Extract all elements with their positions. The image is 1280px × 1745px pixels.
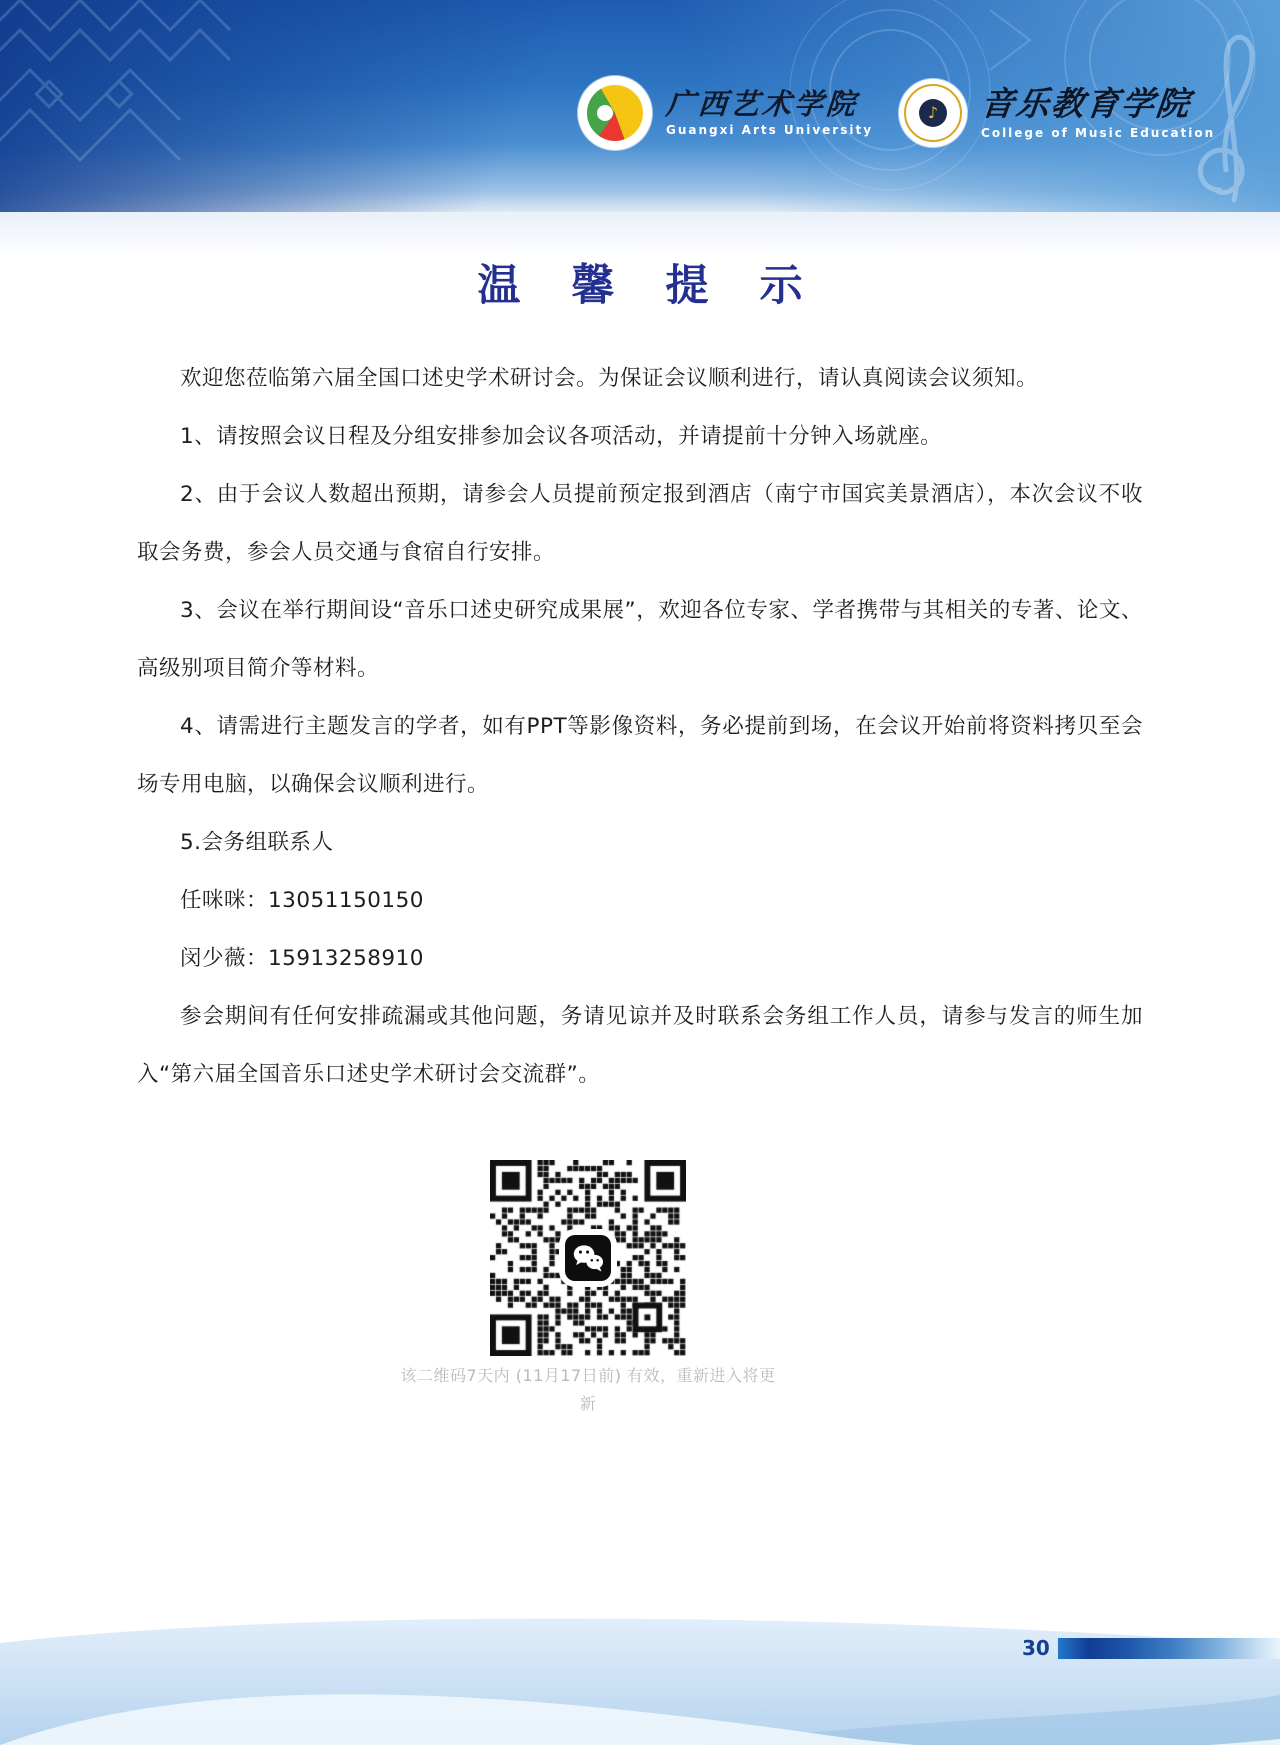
notice-item-3: 3、会议在举行期间设“音乐口述史研究成果展”，欢迎各位专家、学者携带与其相关的专…	[137, 582, 1143, 698]
footer-page-row: 30	[0, 1636, 1280, 1660]
guangxi-arts-university-name-en: Guangxi Arts University	[666, 124, 873, 137]
page-title: 温 馨 提 示	[0, 252, 1280, 313]
footer-wave-decoration	[0, 1595, 1280, 1745]
contact-line-1: 任咪咪：13051150150	[137, 872, 1143, 930]
notice-item-1: 1、请按照会议日程及分组安排参加会议各项活动，并请提前十分钟入场就座。	[137, 408, 1143, 466]
notice-item-4: 4、请需进行主题发言的学者，如有PPT等影像资料，务必提前到场，在会议开始前将资…	[137, 698, 1143, 814]
ethnic-pattern-left-decoration	[0, 0, 460, 212]
header-logos: 广西艺术学院 Guangxi Arts University ♪ 音乐教育学院 …	[578, 76, 1215, 150]
college-of-music-education-name-zh: 音乐教育学院	[979, 87, 1217, 122]
contact-line-2: 闵少薇：15913258910	[137, 930, 1143, 988]
page-number: 30	[1022, 1636, 1050, 1660]
notice-item-2: 2、由于会议人数超出预期，请参会人员提前预定报到酒店（南宁市国宾美景酒店），本次…	[137, 466, 1143, 582]
college-of-music-education-logo-group: ♪ 音乐教育学院 College of Music Education	[899, 79, 1215, 147]
qr-code-validity-caption: 该二维码7天内 (11月17日前) 有效，重新进入将更新	[398, 1362, 778, 1418]
guangxi-arts-university-name-zh: 广西艺术学院	[665, 89, 874, 119]
notice-body: 欢迎您莅临第六届全国口述史学术研讨会。为保证会议顺利进行，请认真阅读会议须知。 …	[137, 350, 1143, 1104]
wechat-icon	[565, 1235, 611, 1281]
intro-paragraph: 欢迎您莅临第六届全国口述史学术研讨会。为保证会议顺利进行，请认真阅读会议须知。	[137, 350, 1143, 408]
page-header-banner: 广西艺术学院 Guangxi Arts University ♪ 音乐教育学院 …	[0, 0, 1280, 212]
notice-item-5-contacts-heading: 5.会务组联系人	[137, 814, 1143, 872]
page-number-gradient-bar	[1058, 1638, 1280, 1659]
guangxi-arts-university-logo-group: 广西艺术学院 Guangxi Arts University	[578, 76, 873, 150]
wechat-group-qr-code	[490, 1160, 686, 1356]
closing-paragraph: 参会期间有任何安排疏漏或其他问题，务请见谅并及时联系会务组工作人员，请参与发言的…	[137, 988, 1143, 1104]
guangxi-arts-university-emblem-icon	[578, 76, 652, 150]
college-of-music-education-emblem-icon: ♪	[899, 79, 967, 147]
college-of-music-education-name-en: College of Music Education	[981, 127, 1215, 140]
